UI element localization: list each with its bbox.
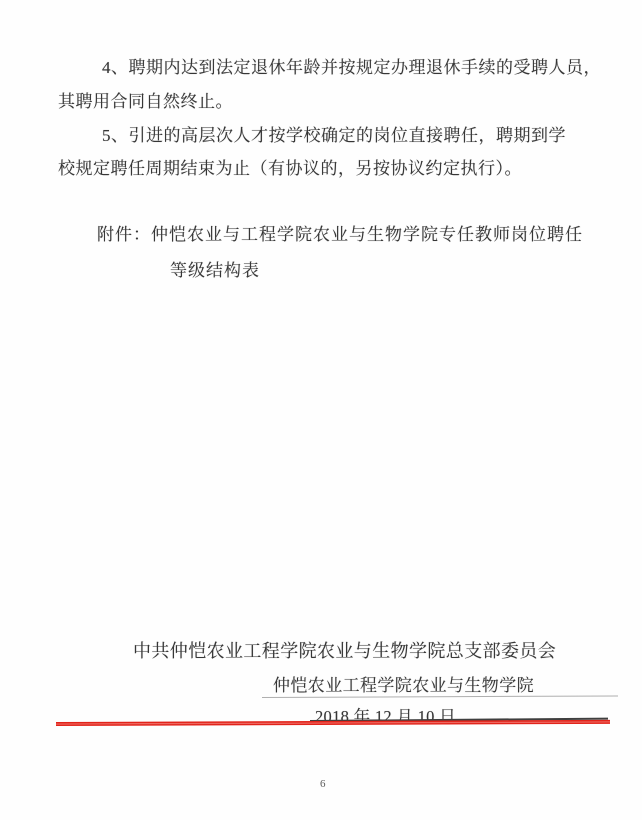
body-line-para4-2: 其聘用合同自然终止。 — [58, 87, 233, 112]
body-line-para4-1: 4、聘期内达到法定退休年龄并按规定办理退休手续的受聘人员， — [102, 53, 601, 78]
attachment-line-2: 等级结构表 — [170, 256, 260, 281]
body-line-para5-1: 5、引进的高层次人才按学校确定的岗位直接聘任，聘期到学 — [102, 121, 566, 146]
crease-line — [262, 695, 618, 698]
attachment-line-1: 附件：仲恺农业与工程学院农业与生物学院专任教师岗位聘任 — [97, 220, 583, 245]
page-number: 6 — [320, 778, 326, 790]
document-page: 4、聘期内达到法定退休年龄并按规定办理退休手续的受聘人员， 其聘用合同自然终止。… — [0, 0, 642, 820]
signature-college: 仲恺农业工程学院农业与生物学院 — [273, 671, 534, 696]
signature-party-committee: 中共仲恺农业工程学院农业与生物学院总支部委员会 — [133, 637, 556, 663]
body-line-para5-2: 校规定聘任周期结束为止（有协议的，另按协议约定执行）。 — [58, 154, 522, 179]
